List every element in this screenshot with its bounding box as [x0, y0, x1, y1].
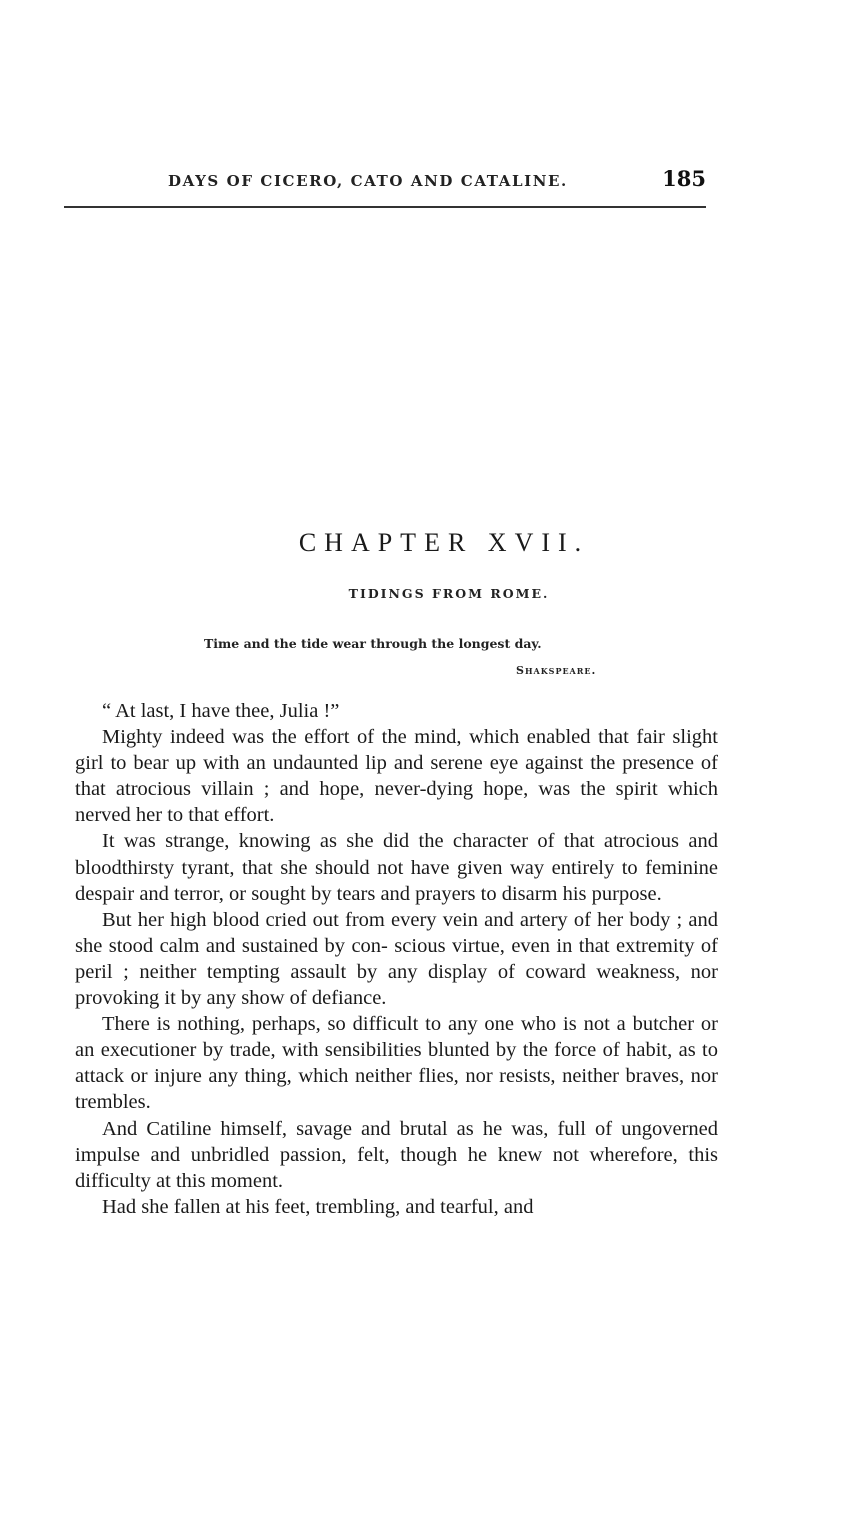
paragraph: It was strange, knowing as she did the c… [75, 828, 718, 906]
running-head: DAYS OF CICERO, CATO AND CATALINE. 185 [64, 168, 706, 208]
body-text: “ At last, I have thee, Julia !” Mighty … [75, 698, 718, 1220]
epigraph-text: Time and the tide wear through the longe… [204, 636, 542, 651]
page-number: 185 [662, 166, 706, 191]
paragraph: Had she fallen at his feet, trembling, a… [75, 1194, 718, 1220]
paragraph: There is nothing, perhaps, so difficult … [75, 1011, 718, 1115]
paragraph: And Catiline himself, savage and brutal … [75, 1116, 718, 1194]
epigraph-attribution: Shakspeare. [516, 664, 596, 677]
chapter-title: CHAPTER XVII. [0, 528, 848, 558]
chapter-subtitle: TIDINGS FROM ROME. [0, 586, 848, 601]
paragraph: But her high blood cried out from every … [75, 907, 718, 1011]
paragraph: “ At last, I have thee, Julia !” [75, 698, 718, 724]
running-title: DAYS OF CICERO, CATO AND CATALINE. [168, 172, 568, 190]
paragraph: Mighty indeed was the effort of the mind… [75, 724, 718, 828]
header-rule [64, 206, 706, 208]
